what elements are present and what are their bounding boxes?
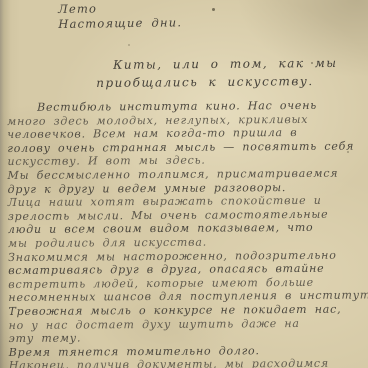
essay-title-line: приобщались к искусству. [96,72,338,92]
ink-speck [212,8,215,11]
ink-speck [311,62,313,64]
ink-speck [128,44,130,46]
essay-body: Вестибюль института кино. Нас оченьмного… [7,98,368,368]
essay-title: Киты, или о том, как мы приобщались к ис… [96,55,338,92]
essay-title-line: Киты, или о том, как мы [113,55,338,74]
handwritten-line: Наконец, получив документы, мы расходимс… [9,357,368,368]
scanned-page: Лето Настоящие дни. Киты, или о том, как… [0,0,368,368]
date-heading-line: Настоящие дни. [58,15,182,32]
ink-speck [347,151,349,153]
date-heading-line: Лето [58,0,182,17]
date-heading: Лето Настоящие дни. [58,0,182,32]
